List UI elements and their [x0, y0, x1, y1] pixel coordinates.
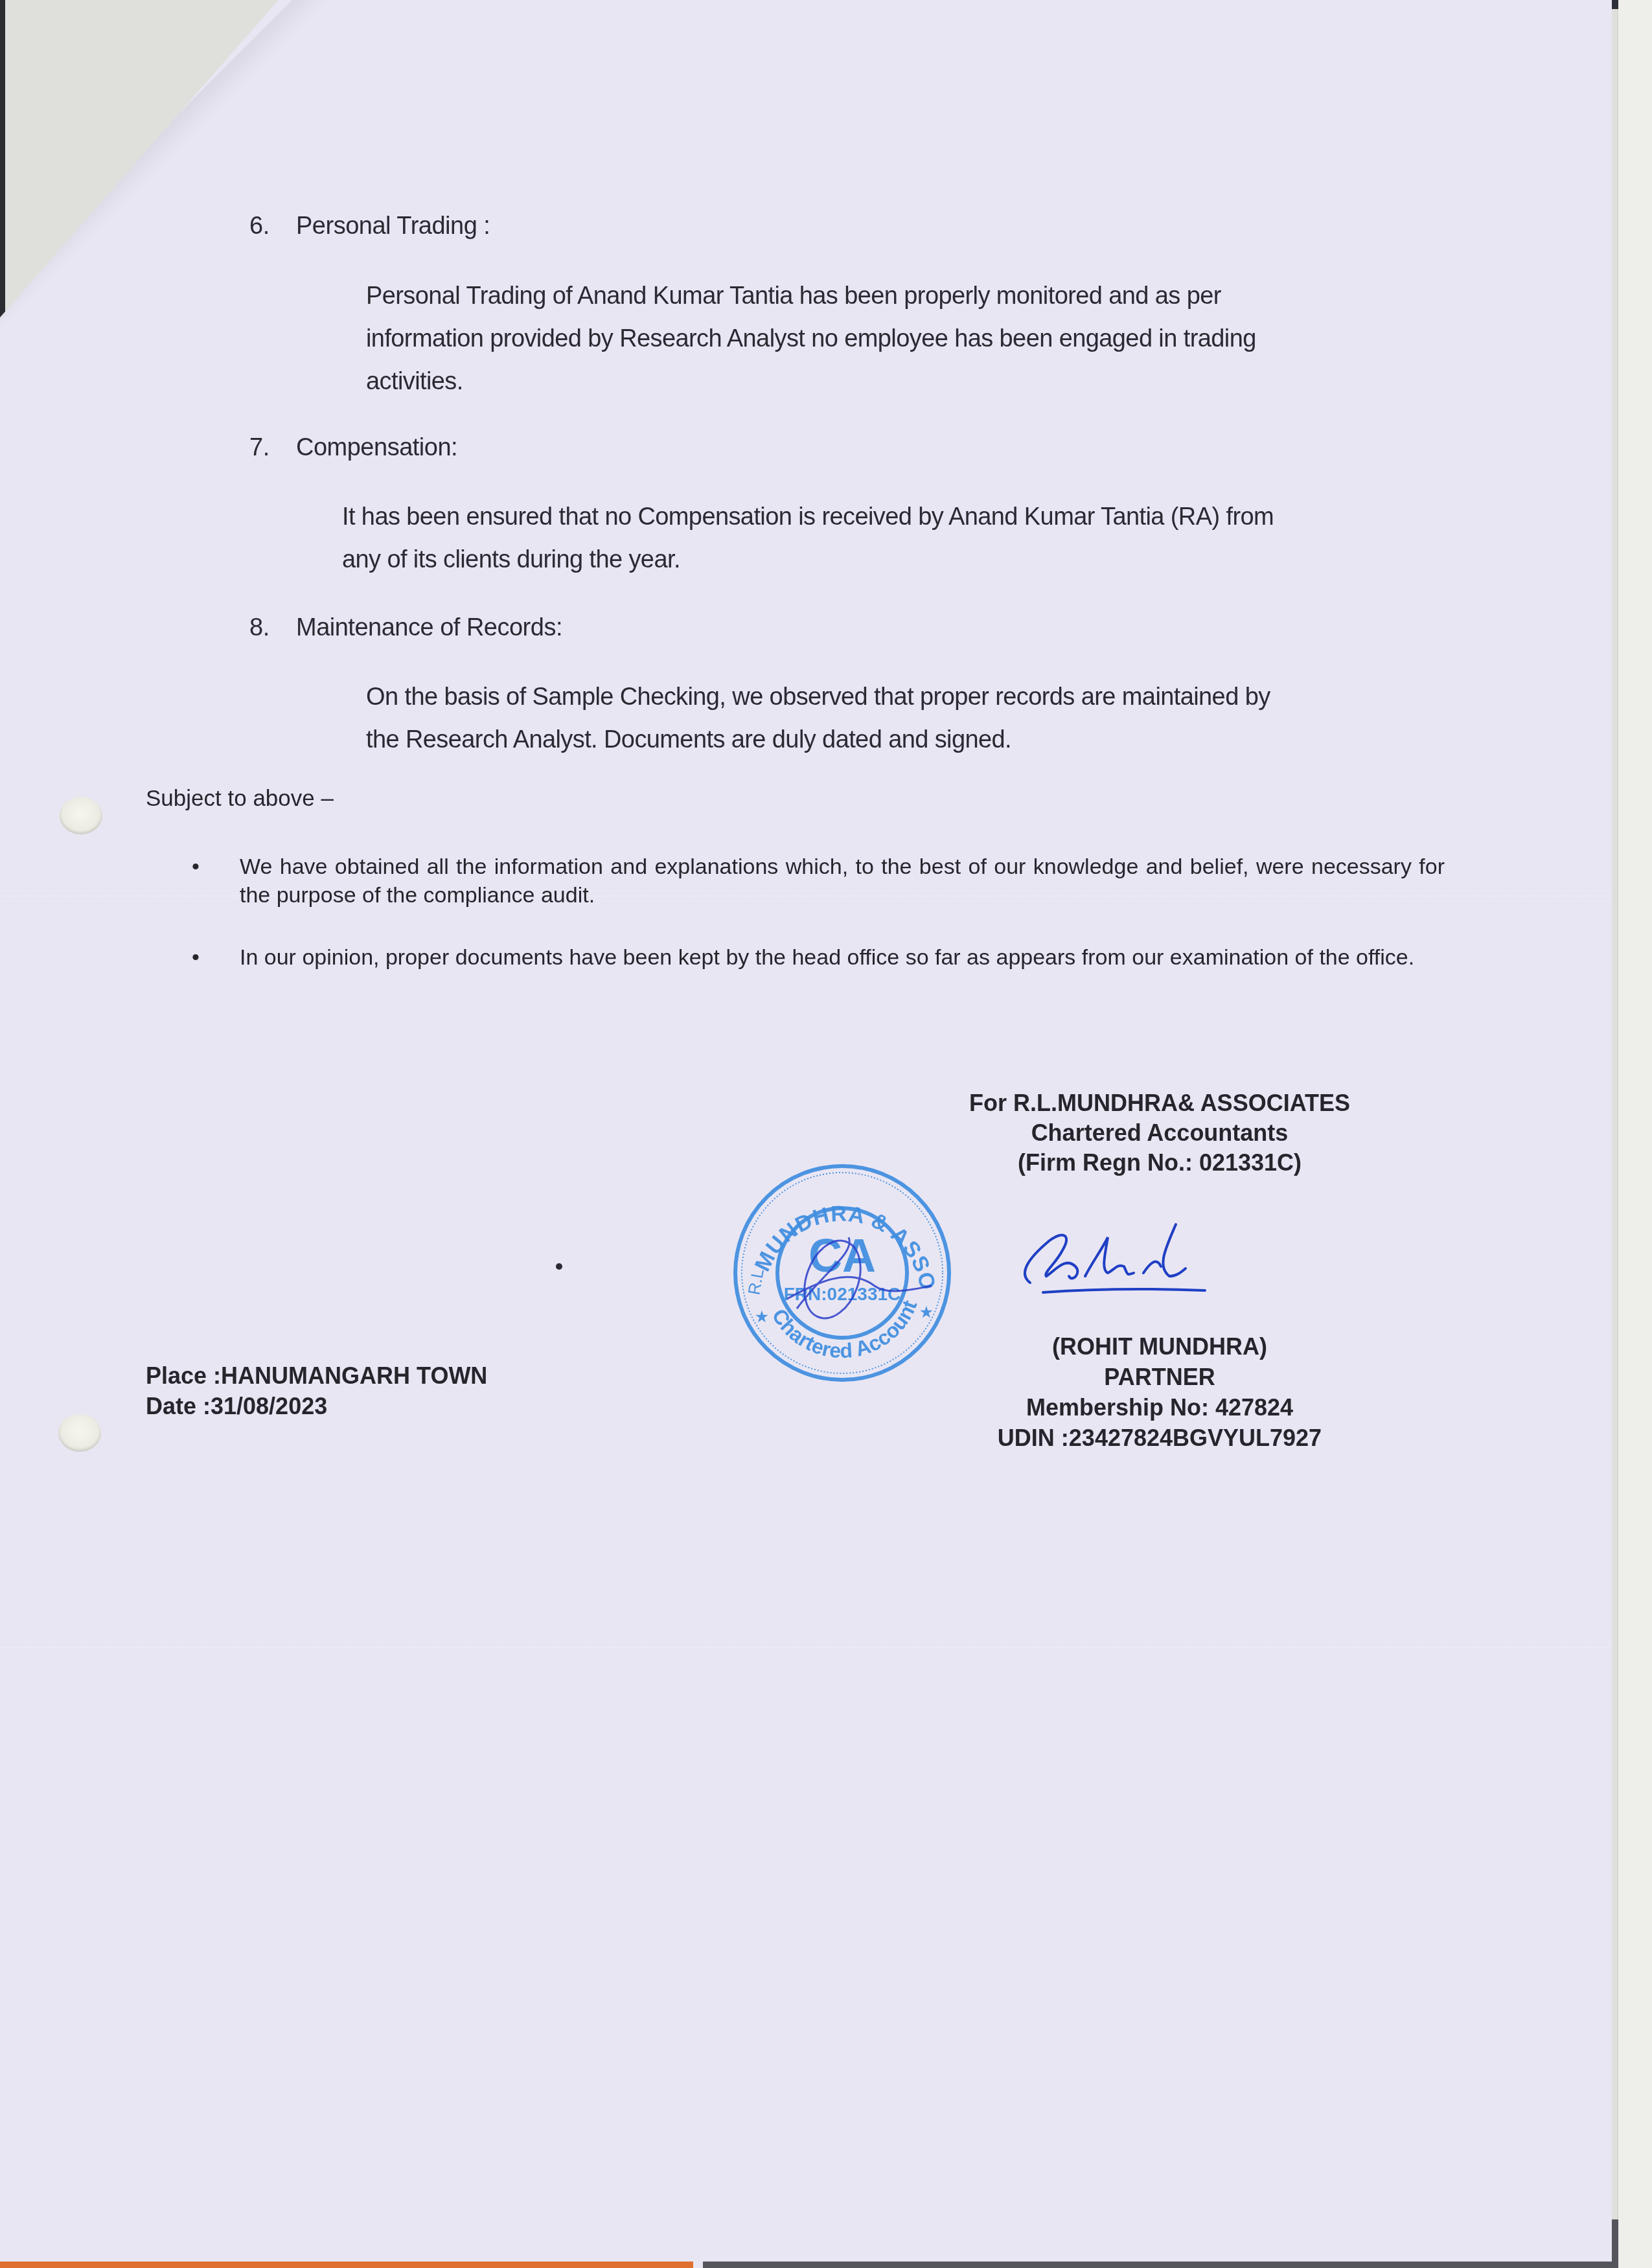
firm-type: Chartered Accountants	[933, 1118, 1386, 1148]
partner-designation: PARTNER	[933, 1362, 1386, 1392]
ink-speck	[556, 1263, 562, 1270]
body-line: any of its clients during the year.	[342, 538, 1274, 581]
bullet-item: • In our opinion, proper documents have …	[194, 943, 1445, 972]
section-number: 8.	[249, 614, 296, 642]
bullet-icon: •	[192, 853, 200, 881]
firm-signature-block: For R.L.MUNDHRA& ASSOCIATES Chartered Ac…	[933, 1088, 1386, 1178]
body-line: On the basis of Sample Checking, we obse…	[366, 676, 1270, 718]
bullet-text: In our opinion, proper documents have be…	[240, 943, 1445, 972]
section-number: 6.	[249, 212, 296, 240]
scanner-right-margin	[1617, 0, 1652, 2268]
bullet-icon: •	[192, 943, 200, 972]
section-body-maintenance-of-records: On the basis of Sample Checking, we obse…	[366, 676, 1270, 761]
svg-text:R.L.: R.L.	[744, 1263, 768, 1296]
body-line: It has been ensured that no Compensation…	[342, 496, 1274, 538]
section-number: 7.	[249, 434, 296, 462]
section-heading-personal-trading: 6.Personal Trading :	[249, 212, 490, 240]
svg-text:★: ★	[920, 1304, 933, 1320]
bottom-strip	[0, 2262, 693, 2268]
bullet-text: We have obtained all the information and…	[240, 853, 1445, 910]
svg-text:★: ★	[755, 1309, 768, 1325]
body-line: activities.	[366, 360, 1256, 403]
body-line: information provided by Research Analyst…	[366, 317, 1256, 360]
section-title: Maintenance of Records:	[296, 614, 562, 641]
section-title: Personal Trading :	[296, 212, 490, 240]
partner-details: (ROHIT MUNDHRA) PARTNER Membership No: 4…	[933, 1331, 1386, 1453]
svg-text:FRN:021331C: FRN:021331C	[784, 1284, 901, 1304]
paper-crease	[0, 1645, 1612, 1649]
section-heading-maintenance-of-records: 8.Maintenance of Records:	[249, 614, 562, 642]
section-heading-compensation: 7.Compensation:	[249, 434, 457, 462]
body-line: Personal Trading of Anand Kumar Tantia h…	[366, 275, 1256, 317]
body-line: the Research Analyst. Documents are duly…	[366, 718, 1270, 761]
section-body-compensation: It has been ensured that no Compensation…	[342, 496, 1274, 581]
firm-seal-stamp: MUNDHRA & ASSOCIATES Chartered Accountan…	[726, 1156, 959, 1390]
firm-name: For R.L.MUNDHRA& ASSOCIATES	[933, 1088, 1386, 1118]
bottom-strip	[703, 2262, 1612, 2268]
scanner-edge	[0, 0, 5, 337]
partner-signature	[1011, 1211, 1218, 1302]
place-date-block: Place :HANUMANGARH TOWN Date :31/08/2023	[146, 1360, 487, 1421]
section-title: Compensation:	[296, 434, 457, 461]
place-text: Place :HANUMANGARH TOWN	[146, 1360, 487, 1391]
membership-number: Membership No: 427824	[933, 1392, 1386, 1423]
udin-number: UDIN :23427824BGVYUL7927	[933, 1423, 1386, 1453]
subject-heading: Subject to above –	[146, 786, 334, 812]
bullet-item: • We have obtained all the information a…	[194, 853, 1445, 910]
punch-hole	[60, 797, 102, 834]
firm-registration: (Firm Regn No.: 021331C)	[933, 1148, 1386, 1178]
punch-hole	[58, 1414, 101, 1452]
partner-name: (ROHIT MUNDHRA)	[933, 1331, 1386, 1362]
date-text: Date :31/08/2023	[146, 1391, 487, 1421]
section-body-personal-trading: Personal Trading of Anand Kumar Tantia h…	[366, 275, 1256, 403]
